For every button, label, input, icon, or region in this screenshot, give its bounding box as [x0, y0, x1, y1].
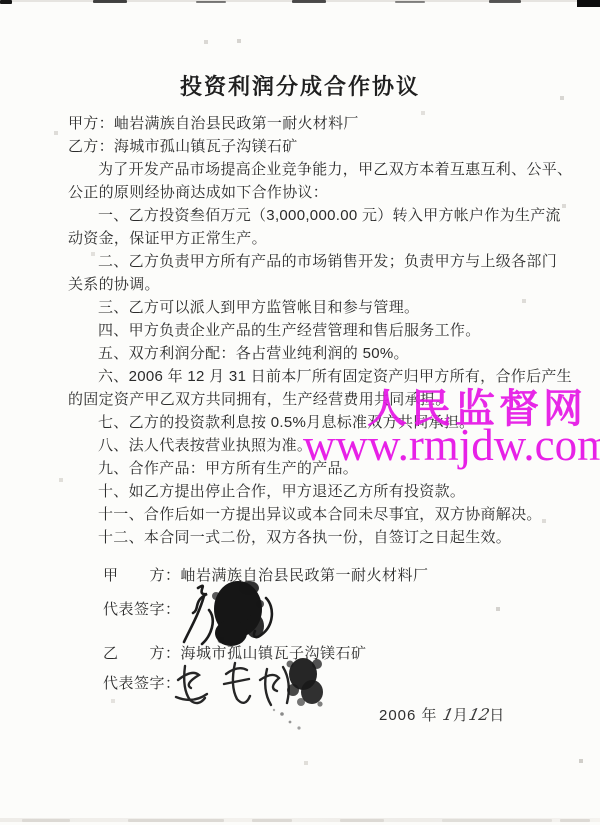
- document-title: 投资利润分成合作协议: [0, 70, 600, 101]
- clause-line: 五、双方利润分配：各占营业纯利润的 50%。: [68, 342, 568, 365]
- date-day-label: 日: [489, 707, 505, 724]
- scan-artifact-dash: [252, 819, 292, 822]
- party-b-handwritten-signature: [170, 652, 345, 737]
- clause-line: 一、乙方投资叁佰万元（3,000,000.00 元）转入甲方帐户作为生产流: [68, 204, 568, 227]
- preamble-line: 为了开发产品市场提高企业竞争能力，甲乙双方本着互惠互利、公平、: [68, 158, 568, 181]
- scan-noise-speckles: [0, 0, 2, 2]
- party-b-sign-label: 代表签字：: [103, 672, 181, 693]
- party-a-line: 甲方：岫岩满族自治县民政第一耐火材料厂: [68, 112, 568, 135]
- scan-artifact-dash: [292, 0, 326, 3]
- date-year: 2006 年: [379, 707, 438, 724]
- clause-line: 六、2006 年 12 月 31 日前本厂所有固定资产归甲方所有，合作后产生: [68, 365, 568, 388]
- contract-date: 2006 年 1月12日: [379, 704, 505, 725]
- scan-artifact-corner: [577, 0, 600, 7]
- party-a-handwritten-signature: [176, 576, 291, 654]
- clause-line: 关系的协调。: [68, 273, 568, 296]
- clause-line: 十、如乙方提出停止合作，甲方退还乙方所有投资款。: [68, 480, 568, 503]
- date-day-handwritten: 12: [467, 705, 491, 724]
- party-a-sign-label: 代表签字：: [103, 598, 181, 619]
- scan-artifact-dash: [196, 1, 226, 3]
- clause-line: 三、乙方可以派人到甲方监管帐目和参与管理。: [68, 296, 568, 319]
- preamble-line: 公正的原则经协商达成如下合作协议：: [68, 181, 568, 204]
- party-b-role-label: 乙 方：: [103, 645, 181, 662]
- watermark-site-url: www.rmjdw.com: [303, 423, 600, 468]
- scan-artifact-dash: [340, 819, 384, 822]
- scan-artifact-dash: [560, 819, 590, 822]
- scan-artifact-dash: [93, 0, 127, 3]
- clause-line: 十二、本合同一式二份，双方各执一份，自签订之日起生效。: [68, 526, 568, 549]
- clause-line: 二、乙方负责甲方所有产品的市场销售开发；负责甲方与上级各部门: [68, 250, 568, 273]
- document-body: 甲方：岫岩满族自治县民政第一耐火材料厂 乙方：海城市孤山镇瓦子沟镁石矿 为了开发…: [68, 112, 568, 549]
- scan-artifact-dash: [442, 819, 552, 822]
- scan-artifact-dash: [395, 1, 425, 3]
- scan-artifact-dash: [22, 819, 70, 822]
- scan-artifact-dash: [489, 0, 521, 3]
- party-b-line: 乙方：海城市孤山镇瓦子沟镁石矿: [68, 135, 568, 158]
- clause-line: 动资金，保证甲方正常生产。: [68, 227, 568, 250]
- party-a-role-label: 甲 方：: [103, 567, 181, 584]
- clause-line: 十一、合作后如一方提出异议或本合同未尽事宜，双方协商解决。: [68, 503, 568, 526]
- scanned-contract-page: 投资利润分成合作协议 甲方：岫岩满族自治县民政第一耐火材料厂 乙方：海城市孤山镇…: [0, 0, 600, 825]
- scan-artifact-dash: [128, 819, 224, 822]
- clause-line: 四、甲方负责企业产品的生产经营管理和售后服务工作。: [68, 319, 568, 342]
